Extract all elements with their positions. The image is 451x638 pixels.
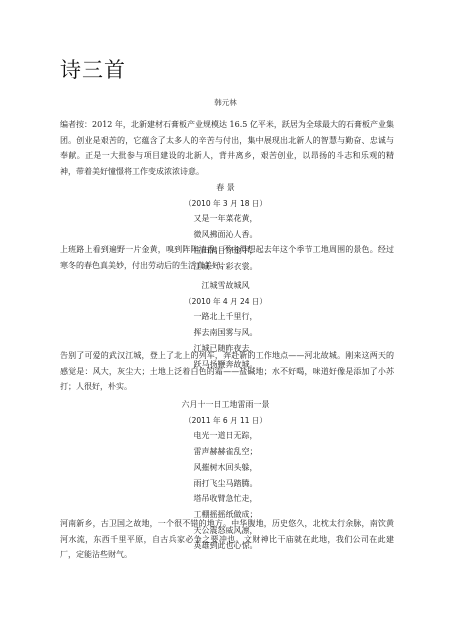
author-name: 韩元林	[0, 97, 451, 108]
poem-line: 又是一年菜花黄，	[0, 211, 451, 227]
document-page: 诗三首 韩元林 编者按：2012 年，北新建材石膏板产业规模达 16.5 亿平米…	[0, 0, 451, 638]
poem-line: 挥去南国雾与风。	[0, 325, 451, 341]
poem-line: 塔吊收臂急忙走，	[0, 491, 451, 507]
poem-line: 微风拂面沁人香。	[0, 227, 451, 243]
poem-date: （2011 年 6 月 11 日）	[0, 413, 451, 429]
poem-title: 六月十一日工地雷雨一景	[0, 397, 451, 413]
document-title: 诗三首	[60, 54, 126, 84]
poem-line: 一路北上千里行，	[0, 309, 451, 325]
poem-title: 春 景	[0, 180, 451, 196]
editor-preface: 编者按：2012 年，北新建材石膏板产业规模达 16.5 亿平米，跃居为全球最大…	[60, 117, 394, 179]
poem-date: （2010 年 4 月 24 日）	[0, 294, 451, 310]
poem-note: 告别了可爱的武汉江城，登上了北上的列车，奔赴新的工作地点——河北故城。刚来这两天…	[60, 348, 394, 395]
poem-line: 风摧树木回头躲，	[0, 460, 451, 476]
poem-note: 河南新乡，古卫国之故地，一个很不错的地方。中华腹地，历史悠久，北枕太行余脉，南饮…	[60, 516, 394, 563]
poem-line: 雷声赫赫雀乱空；	[0, 444, 451, 460]
poem-date: （2010 年 3 月 18 日）	[0, 196, 451, 212]
poem-note: 上班路上看到遍野一片金黄，嗅到阵阵清香，不由得想起去年这个季节工地周围的景色。经…	[60, 242, 394, 273]
poem-line: 雨打飞尘马踏腾。	[0, 476, 451, 492]
poem-title: 江城雪故城风	[0, 278, 451, 294]
poem-line: 电光一道日无踪，	[0, 428, 451, 444]
